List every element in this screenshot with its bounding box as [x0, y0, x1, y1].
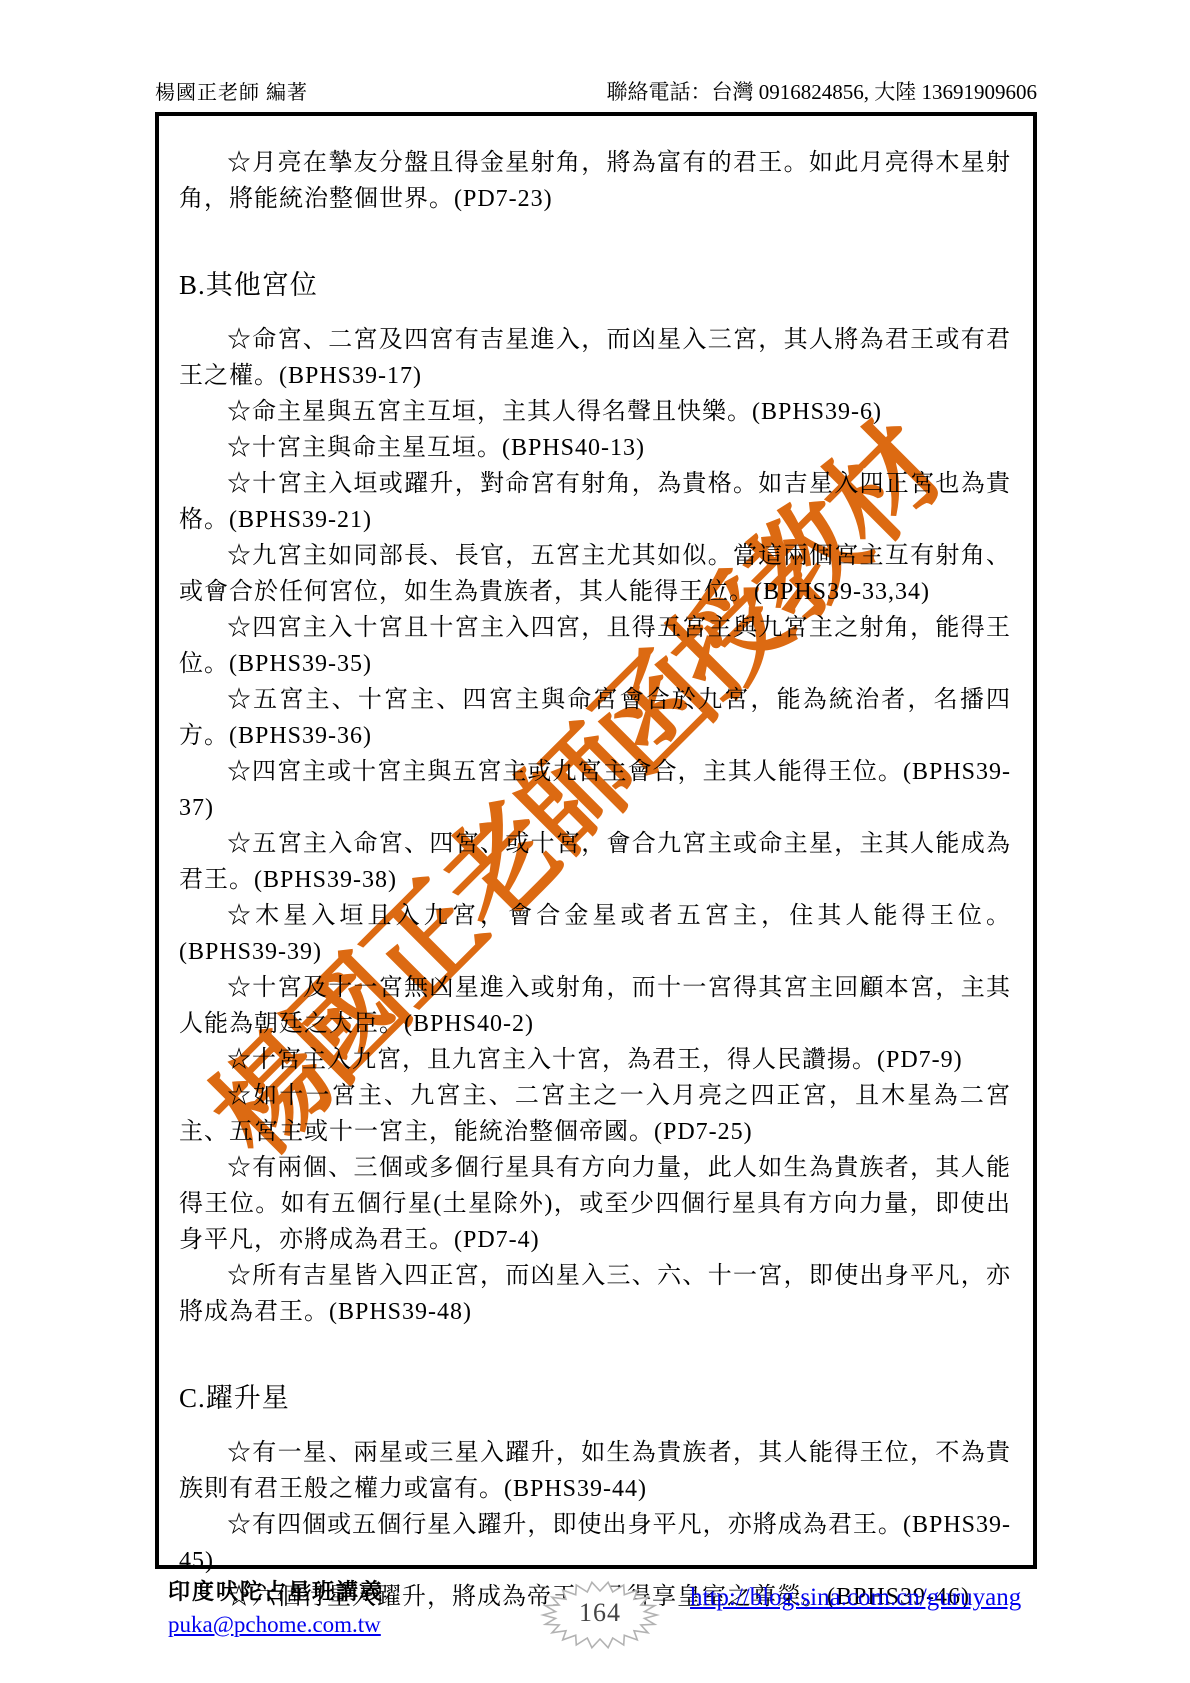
paragraph: ☆十宮及十一宮無凶星進入或射角，而十一宮得其宮主回顧本宮，主其人能為朝廷之大臣。… — [179, 970, 1011, 1042]
paragraph: ☆命宮、二宮及四宮有吉星進入，而凶星入三宮，其人將為君王或有君王之權。(BPHS… — [179, 322, 1011, 394]
paragraph: ☆命主星與五宮主互垣，主其人得名聲且快樂。(BPHS39-6) — [179, 394, 1011, 430]
paragraph: ☆月亮在摯友分盤且得金星射角，將為富有的君王。如此月亮得木星射角，將能統治整個世… — [179, 145, 1011, 217]
section: B.其他宮位☆命宮、二宮及四宮有吉星進入，而凶星入三宮，其人將為君王或有君王之權… — [179, 267, 1011, 1330]
page-number: 164 — [540, 1580, 660, 1646]
paragraph: ☆有四個或五個行星入躍升，即使出身平凡，亦將成為君王。(BPHS39-45) — [179, 1507, 1011, 1579]
paragraph: ☆所有吉星皆入四正宮，而凶星入三、六、十一宮，即使出身平凡，亦將成為君王。(BP… — [179, 1258, 1011, 1330]
footer-left: 印度吠陀占星班講義 puka@pchome.com.tw — [168, 1578, 384, 1638]
course-title: 印度吠陀占星班講義 — [168, 1578, 384, 1606]
content-sections: ☆月亮在摯友分盤且得金星射角，將為富有的君王。如此月亮得木星射角，將能統治整個世… — [179, 145, 1011, 1615]
paragraph: ☆木星入垣且入九宮，會合金星或者五宮主，住其人能得王位。(BPHS39-39) — [179, 898, 1011, 970]
content-frame: ☆月亮在摯友分盤且得金星射角，將為富有的君王。如此月亮得木星射角，將能統治整個世… — [155, 112, 1037, 1569]
page-number-badge: 164 — [540, 1580, 660, 1652]
section-heading: B.其他宮位 — [179, 267, 1011, 303]
author-credit: 楊國正老師 編著 — [155, 76, 308, 105]
paragraph: ☆五宮主入命宮、四宮、或十宮，會合九宮主或命主星，主其人能成為君王。(BPHS3… — [179, 826, 1011, 898]
paragraph: ☆有一星、兩星或三星入躍升，如生為貴族者，其人能得王位，不為貴族則有君王般之權力… — [179, 1435, 1011, 1507]
paragraph: ☆十宮主入垣或躍升，對命宮有射角，為貴格。如吉星入四正宮也為貴格。(BPHS39… — [179, 466, 1011, 538]
email-link[interactable]: puka@pchome.com.tw — [168, 1612, 381, 1638]
paragraph: ☆九宮主如同部長、長官，五宮主尤其如似。當這兩個宮主互有射角、或會合於任何宮位，… — [179, 538, 1011, 610]
paragraph: ☆如十一宮主、九宮主、二宮主之一入月亮之四正宮，且木星為二宮主、五宮主或十一宮主… — [179, 1078, 1011, 1150]
paragraph: ☆十宮主與命主星互垣。(BPHS40-13) — [179, 430, 1011, 466]
paragraph: ☆四宮主入十宮且十宮主入四宮，且得五宮主與九宮主之射角，能得王位。(BPHS39… — [179, 610, 1011, 682]
paragraph: ☆五宮主、十宮主、四宮主與命宮會合於九宮，能為統治者，名播四方。(BPHS39-… — [179, 682, 1011, 754]
paragraph: ☆十宮主入九宮，且九宮主入十宮，為君王，得人民讚揚。(PD7-9) — [179, 1042, 1011, 1078]
contact-phones: 聯絡電話：台灣 0916824856, 大陸 13691909606 — [607, 76, 1038, 106]
blog-url-link[interactable]: http://blog.sina.com.cn/guruyang — [690, 1584, 1021, 1612]
page-header: 楊國正老師 編著 聯絡電話：台灣 0916824856, 大陸 13691909… — [155, 76, 1037, 106]
paragraph: ☆四宮主或十宮主與五宮主或九宮主會合，主其人能得王位。(BPHS39-37) — [179, 754, 1011, 826]
section: ☆月亮在摯友分盤且得金星射角，將為富有的君王。如此月亮得木星射角，將能統治整個世… — [179, 145, 1011, 217]
paragraph: ☆有兩個、三個或多個行星具有方向力量，此人如生為貴族者，其人能得王位。如有五個行… — [179, 1150, 1011, 1258]
section-heading: C.躍升星 — [179, 1380, 1011, 1416]
